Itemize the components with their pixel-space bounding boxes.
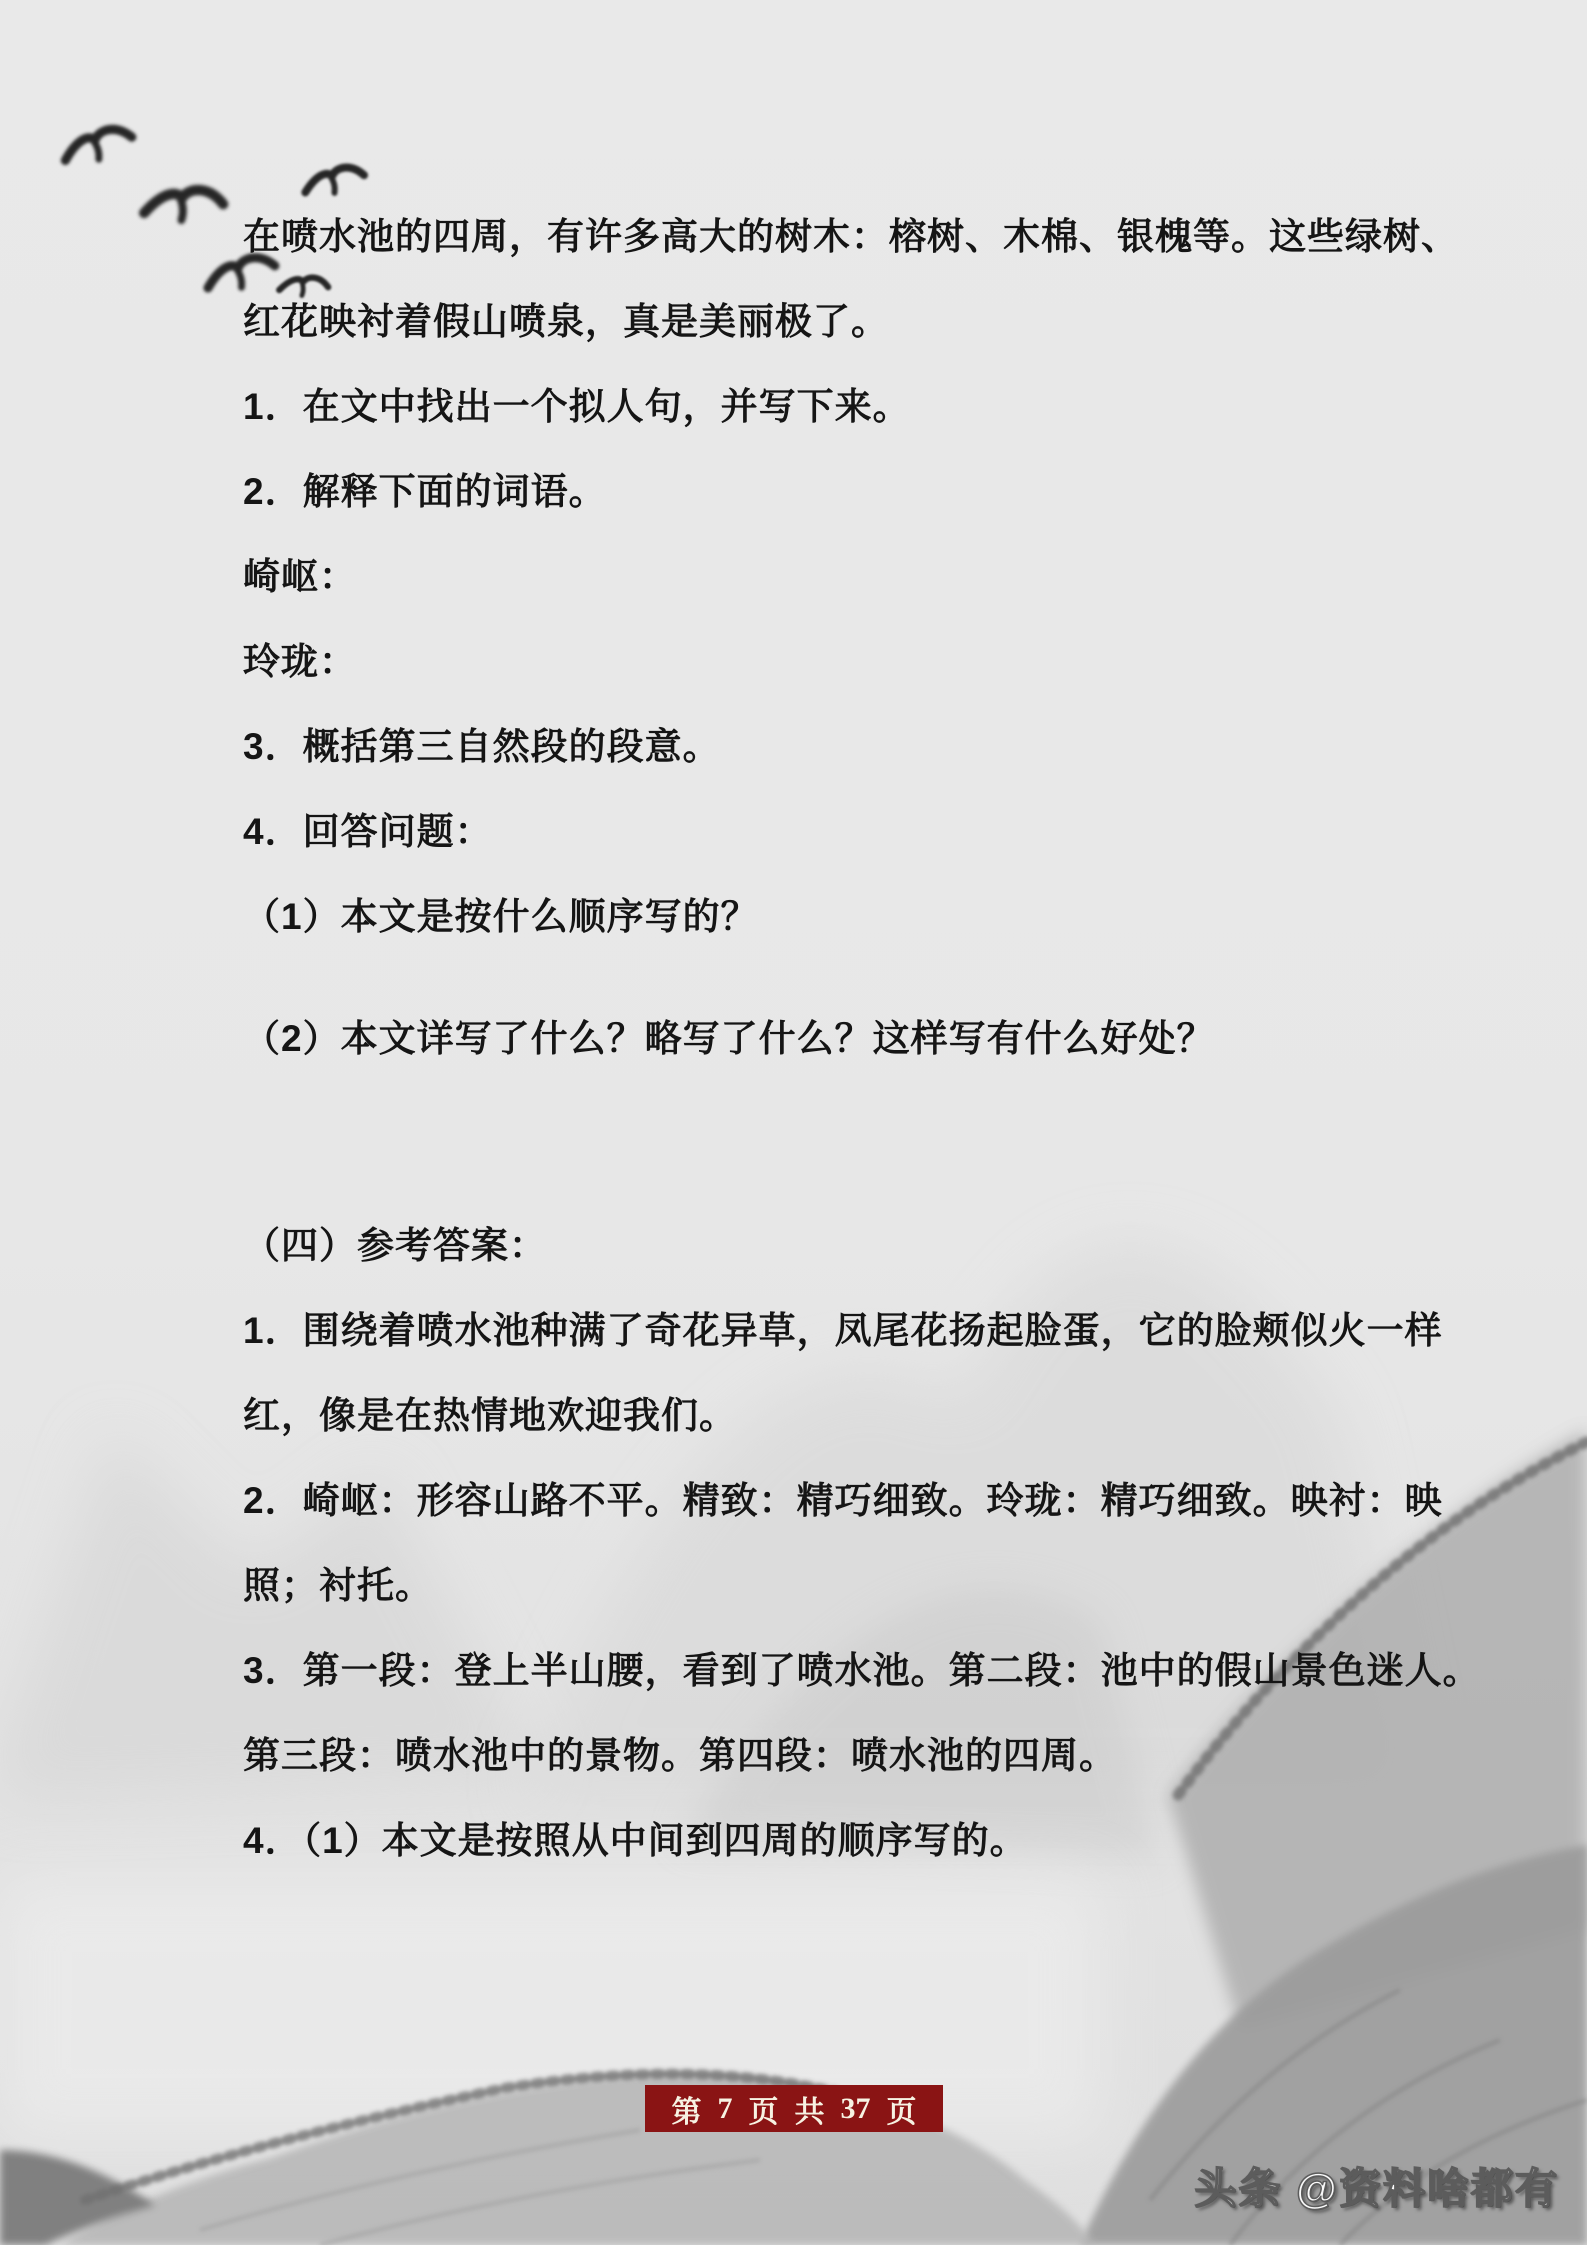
text-line-3: 1．在文中找出一个拟人句，并写下来。 — [243, 388, 1467, 425]
page-number: 7 — [718, 2092, 733, 2126]
text-line-12: 1．围绕着喷水池种满了奇花异草，凤尾花扬起脸蛋，它的脸颊似火一样 — [243, 1312, 1467, 1349]
watermark: 头条 @资料啥都有 — [1194, 2156, 1559, 2216]
worksheet-page: 在喷水池的四周，有许多高大的树木：榕树、木棉、银槐等。这些绿树、红花映衬着假山喷… — [0, 0, 1587, 2245]
text-line-5: 崎岖： — [243, 558, 1467, 595]
page-number-badge: 第 7 页 共 37 页 — [645, 2085, 943, 2132]
text-line-18: 4．（1）本文是按照从中间到四周的顺序写的。 — [243, 1822, 1467, 1859]
text-line-4: 2．解释下面的词语。 — [243, 473, 1467, 510]
text-line-1: 在喷水池的四周，有许多高大的树木：榕树、木棉、银槐等。这些绿树、 — [243, 218, 1467, 255]
text-line-11: （四）参考答案： — [243, 1227, 1467, 1264]
text-line-6: 玲珑： — [243, 643, 1467, 680]
text-line-13: 红，像是在热情地欢迎我们。 — [243, 1397, 1467, 1434]
text-line-15: 照；衬托。 — [243, 1567, 1467, 1604]
text-line-7: 3．概括第三自然段的段意。 — [243, 728, 1467, 765]
text-line-14: 2．崎岖：形容山路不平。精致：精巧细致。玲珑：精巧细致。映衬：映 — [243, 1482, 1467, 1519]
total-label: 页 — [887, 2087, 917, 2131]
text-line-9: （1）本文是按什么顺序写的？ — [243, 898, 1467, 935]
total-prefix-label: 共 — [795, 2087, 825, 2131]
text-line-10: （2）本文详写了什么？略写了什么？这样写有什么好处？ — [243, 1020, 1467, 1057]
text-line-16: 3．第一段：登上半山腰，看到了喷水池。第二段：池中的假山景色迷人。 — [243, 1652, 1467, 1689]
total-pages: 37 — [841, 2092, 871, 2126]
document-body: 在喷水池的四周，有许多高大的树木：榕树、木棉、银槐等。这些绿树、红花映衬着假山喷… — [243, 218, 1467, 1907]
text-line-2: 红花映衬着假山喷泉，真是美丽极了。 — [243, 303, 1467, 340]
page-prefix-label: 第 — [672, 2087, 702, 2131]
text-line-8: 4．回答问题： — [243, 813, 1467, 850]
text-line-17: 第三段：喷水池中的景物。第四段：喷水池的四周。 — [243, 1737, 1467, 1774]
page-label: 页 — [749, 2087, 779, 2131]
